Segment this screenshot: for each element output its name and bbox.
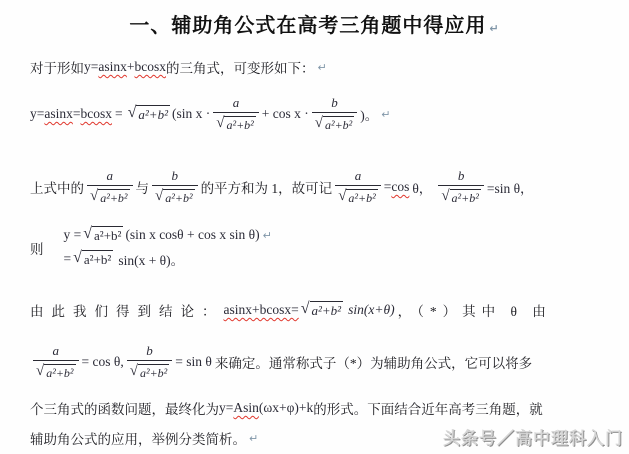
- fraction-numerator: b: [442, 169, 481, 185]
- sqrt-expression: √a²+b²: [128, 105, 170, 123]
- paragraph-intro: 对于形如 y=asinx+bcosx 的三角式，可变形如下： ↵: [30, 57, 327, 77]
- radicand: a²+b²: [136, 105, 170, 123]
- fraction-numerator: b: [130, 344, 169, 360]
- radical-sign: √: [83, 226, 92, 242]
- radical-sign: √: [441, 189, 449, 204]
- radicand: a²+b²: [92, 226, 123, 244]
- p2-eq1: =: [384, 179, 392, 195]
- sqrt-expression: √a²+b²: [83, 226, 123, 244]
- expr-bcosx: bcosx: [135, 59, 167, 75]
- radical-sign: √: [90, 189, 98, 204]
- fraction-numerator: a: [37, 344, 76, 360]
- fraction-denominator: √a²+b²: [438, 185, 484, 206]
- expr-plus: +: [127, 59, 135, 75]
- p6-rest: (ωx+φ)+k: [259, 400, 313, 416]
- fraction-denominator: √a²+b²: [33, 360, 79, 381]
- radical-sign: √: [338, 189, 346, 204]
- radical-sign: √: [128, 105, 137, 121]
- paragraph-squares: 上式中的 a √a²+b² 与 b √a²+b² 的平方和为 1，故可记 a √…: [30, 158, 534, 216]
- p3-l1pre: y =: [64, 227, 82, 243]
- p2-text2: 与: [136, 177, 150, 197]
- fraction-denominator: √a²+b²: [312, 112, 358, 133]
- fraction-numerator: a: [339, 169, 378, 185]
- fraction-a-over-sqrt: a √a²+b²: [33, 344, 79, 381]
- p4-lead: 由此我们得到结论：: [30, 300, 224, 320]
- paragraph-mark: ↵: [318, 61, 327, 74]
- fraction-numerator: b: [156, 169, 195, 185]
- fraction-denominator: √a²+b²: [335, 185, 381, 206]
- radicand: a²+b²: [310, 301, 344, 319]
- p5-eqsin: = sin θ: [175, 354, 212, 370]
- derivation-line-1: y = √a²+b² (sin x cosθ + cos x sin θ) ↵: [64, 226, 272, 244]
- paragraph-determine: a √a²+b² = cos θ, b √a²+b² = sin θ 来确定。通…: [30, 334, 535, 390]
- p4-tail: ，（*）其中 θ 由: [398, 300, 552, 320]
- intro-pre: 对于形如: [30, 57, 84, 77]
- p2-text3: 的平方和为 1，故可记: [201, 177, 333, 197]
- radicand: a²+b²: [98, 189, 129, 206]
- p3-l1post: (sin x cosθ + cos x sin θ): [125, 227, 259, 243]
- p4-sin: sin(x+θ): [348, 302, 394, 318]
- fraction-a-over-sqrt: a √a²+b²: [213, 96, 259, 133]
- p2-cos: cos: [391, 179, 409, 195]
- p6-pre: 个三角式的函数问题，最终化为: [30, 398, 219, 418]
- expr-asinx: asinx: [98, 59, 127, 75]
- fraction-denominator: √a²+b²: [127, 360, 173, 381]
- radicand: a²+b²: [224, 116, 255, 133]
- f1-y: y=: [30, 106, 44, 122]
- paragraph-mark: ↵: [489, 22, 499, 35]
- f1-asinx: asinx: [44, 106, 73, 122]
- sqrt-expression: √a²+b²: [301, 301, 343, 319]
- fraction-numerator: b: [315, 96, 354, 112]
- fraction-denominator: √a²+b²: [213, 112, 259, 133]
- fraction-a-over-sqrt: a √a²+b²: [335, 169, 381, 206]
- radicand: a²+b²: [323, 116, 354, 133]
- p6-post: 的形式。下面结合近年高考三角题，就: [313, 398, 543, 418]
- watermark: 头条号／高中理科入门: [443, 424, 623, 449]
- p7-text: 辅助角公式的应用，举例分类简析。: [30, 428, 246, 448]
- page-title-text: 一、辅助角公式在高考三角题中得应用: [129, 15, 486, 37]
- fraction-b-over-sqrt: b √a²+b²: [438, 169, 484, 206]
- fraction-b-over-sqrt: b √a²+b²: [152, 169, 198, 206]
- f1-open: (sin x ·: [172, 106, 210, 122]
- derivation-lines: y = √a²+b² (sin x cosθ + cos x sin θ) ↵ …: [64, 226, 272, 269]
- radical-sign: √: [315, 116, 323, 131]
- radicand: a²+b²: [82, 250, 113, 268]
- intro-post: 的三角式，可变形如下：: [166, 57, 315, 77]
- fraction-denominator: √a²+b²: [152, 185, 198, 206]
- radicand: a²+b²: [163, 189, 194, 206]
- p2-eqsin: =sin θ，: [487, 177, 534, 197]
- f1-bcosx: bcosx: [81, 106, 113, 122]
- paragraph-then: 则 y = √a²+b² (sin x cosθ + cos x sin θ) …: [30, 226, 272, 269]
- radical-sign: √: [301, 301, 310, 317]
- formula-expansion: y=asinx=bcosx = √a²+b² (sin x · a √a²+b²…: [30, 86, 391, 142]
- paragraph-conclusion: 由此我们得到结论： asinx+bcosx= √a²+b² sin(x+θ) ，…: [30, 300, 552, 320]
- p2-text1: 上式中的: [30, 177, 84, 197]
- fraction-numerator: a: [91, 169, 130, 185]
- p3-l2post: sin(x + θ)。: [118, 249, 184, 269]
- f1-mid: + cos x ·: [262, 106, 309, 122]
- radical-sign: √: [130, 364, 138, 379]
- radical-sign: √: [36, 364, 44, 379]
- paragraph-closing: 辅助角公式的应用，举例分类简析。 ↵: [30, 428, 258, 448]
- p3-then-label: 则: [30, 238, 44, 258]
- page-title: 一、辅助角公式在高考三角题中得应用↵: [0, 9, 629, 38]
- p5-eqcos: = cos θ,: [82, 354, 124, 370]
- radical-sign: √: [73, 250, 82, 266]
- p4-expr: asinx+bcosx=: [224, 302, 299, 318]
- radicand: a²+b²: [138, 364, 169, 381]
- paragraph-mark: ↵: [263, 229, 272, 242]
- document-page: 一、辅助角公式在高考三角题中得应用↵ 对于形如 y=asinx+bcosx 的三…: [0, 0, 629, 454]
- paragraph-transform: 个三角式的函数问题，最终化为 y=Asin(ωx+φ)+k 的形式。下面结合近年…: [30, 398, 543, 418]
- p6-asin: Asin: [233, 400, 259, 416]
- paragraph-mark: ↵: [249, 432, 258, 445]
- expr-y: y=: [84, 59, 98, 75]
- radicand: a²+b²: [44, 364, 75, 381]
- radical-sign: √: [155, 189, 163, 204]
- radical-sign: √: [216, 116, 224, 131]
- radicand: a²+b²: [450, 189, 481, 206]
- p2-theta1: θ，: [412, 177, 432, 197]
- fraction-numerator: a: [217, 96, 256, 112]
- paragraph-mark: ↵: [381, 108, 390, 121]
- radicand: a²+b²: [346, 189, 377, 206]
- derivation-line-2: = √a²+b² sin(x + θ)。: [64, 249, 188, 269]
- fraction-denominator: √a²+b²: [87, 185, 133, 206]
- f1-close: )。: [360, 104, 378, 124]
- fraction-a-over-sqrt: a √a²+b²: [87, 169, 133, 206]
- p5-tail: 来确定。通常称式子（*）为辅助角公式，它可以将多: [215, 352, 532, 372]
- fraction-b-over-sqrt: b √a²+b²: [127, 344, 173, 381]
- f1-eq2: =: [73, 106, 81, 122]
- fraction-b-over-sqrt: b √a²+b²: [312, 96, 358, 133]
- p3-l2pre: =: [64, 251, 72, 267]
- f1-equals: =: [115, 106, 123, 122]
- p6-y: y=: [219, 400, 233, 416]
- sqrt-expression: √a²+b²: [73, 250, 113, 268]
